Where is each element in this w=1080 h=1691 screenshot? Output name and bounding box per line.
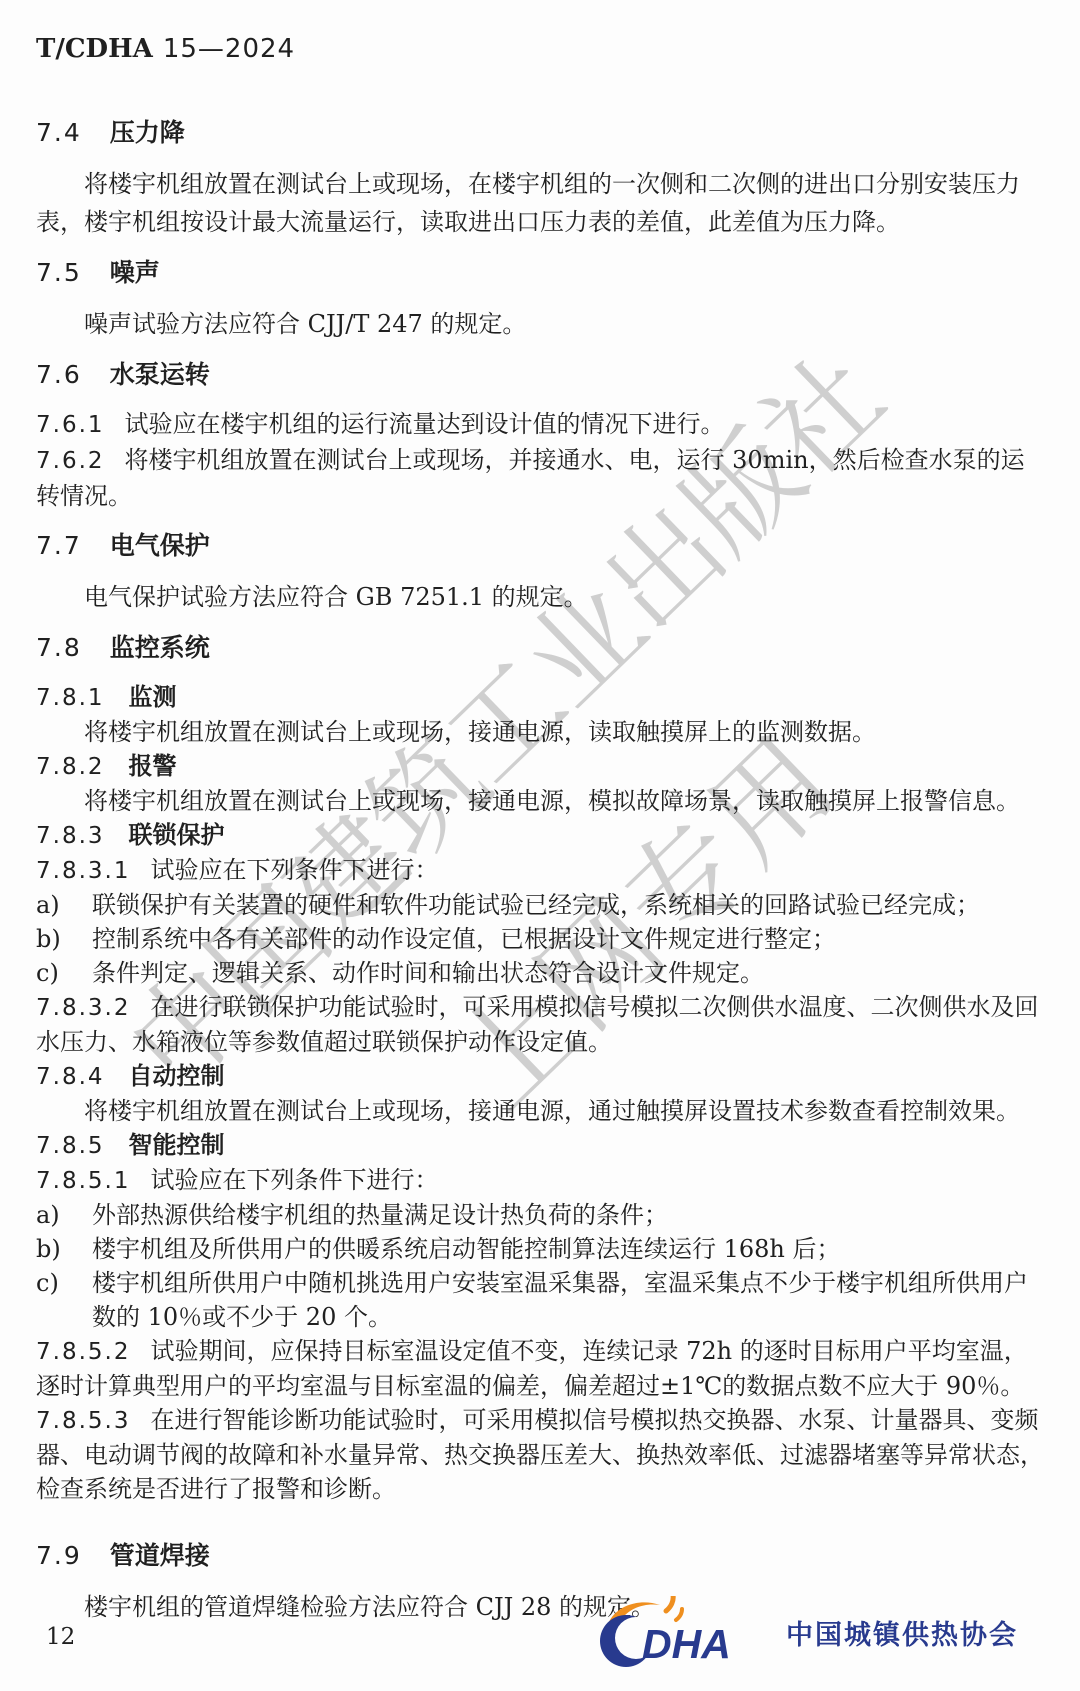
subsection-heading-7-8-1: 7.8.1监测 bbox=[36, 680, 1046, 715]
paragraph: 电气保护试验方法应符合 GB 7251.1 的规定。 bbox=[36, 578, 1046, 616]
standard-code: T/CDHA bbox=[36, 34, 153, 64]
list-item-b: b)控制系统中各有关部件的动作设定值，已根据设计文件规定进行整定； bbox=[36, 922, 1046, 956]
clause-7-6-1: 7.6.1试验应在楼宇机组的运行流量达到设计值的情况下进行。 bbox=[36, 407, 1046, 443]
logo-org-name: 中国城镇供热协会 bbox=[786, 1613, 1018, 1652]
subsection-heading-7-8-5: 7.8.5智能控制 bbox=[36, 1128, 1046, 1163]
section-heading-7-5: 7.5噪声 bbox=[36, 257, 1046, 289]
subsection-heading-7-8-2: 7.8.2报警 bbox=[36, 749, 1046, 784]
page-number: 12 bbox=[46, 1624, 75, 1650]
document-body: 7.4压力降 将楼宇机组放置在测试台上或现场，在楼宇机组的一次侧和二次侧的进出口… bbox=[36, 101, 1046, 1640]
standard-code-header: T/CDHA15—2024 bbox=[36, 34, 295, 64]
section-heading-7-7: 7.7电气保护 bbox=[36, 530, 1046, 562]
subsection-heading-7-8-4: 7.8.4自动控制 bbox=[36, 1059, 1046, 1094]
document-page: 中国建筑工业出版社 上网专用 T/CDHA15—2024 7.4压力降 将楼宇机… bbox=[0, 0, 1080, 1691]
list-item-a: a)外部热源供给楼宇机组的热量满足设计热负荷的条件； bbox=[36, 1198, 1046, 1232]
clause-7-8-3-2: 7.8.3.2在进行联锁保护功能试验时，可采用模拟信号模拟二次侧供水温度、二次侧… bbox=[36, 990, 1046, 1059]
paragraph: 将楼宇机组放置在测试台上或现场，在楼宇机组的一次侧和二次侧的进出口分别安装压力表… bbox=[36, 165, 1046, 241]
cdha-logo: DHA 中国城镇供热协会 bbox=[596, 1596, 1018, 1668]
paragraph: 将楼宇机组放置在测试台上或现场，接通电源，通过触摸屏设置技术参数查看控制效果。 bbox=[36, 1094, 1046, 1128]
section-heading-7-8: 7.8监控系统 bbox=[36, 632, 1046, 664]
section-heading-7-6: 7.6水泵运转 bbox=[36, 359, 1046, 391]
cdha-logo-mark: DHA bbox=[596, 1596, 774, 1668]
list-item-a: a)联锁保护有关装置的硬件和软件功能试验已经完成，系统相关的回路试验已经完成； bbox=[36, 888, 1046, 922]
paragraph: 噪声试验方法应符合 CJJ/T 247 的规定。 bbox=[36, 305, 1046, 343]
clause-7-8-5-1: 7.8.5.1试验应在下列条件下进行： bbox=[36, 1163, 1046, 1198]
section-7-8-group: 7.8监控系统 7.8.1监测 将楼宇机组放置在测试台上或现场，接通电源，读取触… bbox=[36, 632, 1046, 1506]
section-heading-7-4: 7.4压力降 bbox=[36, 117, 1046, 149]
subsection-heading-7-8-3: 7.8.3联锁保护 bbox=[36, 818, 1046, 853]
clause-7-8-5-3: 7.8.5.3在进行智能诊断功能试验时，可采用模拟信号模拟热交换器、水泵、计量器… bbox=[36, 1403, 1046, 1506]
clause-7-8-3-1: 7.8.3.1试验应在下列条件下进行： bbox=[36, 853, 1046, 888]
clause-7-6-2: 7.6.2将楼宇机组放置在测试台上或现场，并接通水、电，运行 30min，然后检… bbox=[36, 443, 1046, 514]
section-heading-7-9: 7.9管道焊接 bbox=[36, 1540, 1046, 1572]
paragraph: 将楼宇机组放置在测试台上或现场，接通电源，读取触摸屏上的监测数据。 bbox=[36, 715, 1046, 749]
list-item-c: c)条件判定、逻辑关系、动作时间和输出状态符合设计文件规定。 bbox=[36, 956, 1046, 990]
standard-number: 15—2024 bbox=[163, 34, 295, 64]
list-item-b: b)楼宇机组及所供用户的供暖系统启动智能控制算法连续运行 168h 后； bbox=[36, 1232, 1046, 1266]
list-item-c: c)楼宇机组所供用户中随机挑选用户安装室温采集器，室温采集点不少于楼宇机组所供用… bbox=[36, 1266, 1046, 1334]
clause-7-8-5-2: 7.8.5.2试验期间，应保持目标室温设定值不变，连续记录 72h 的逐时目标用… bbox=[36, 1334, 1046, 1403]
logo-acronym: DHA bbox=[642, 1621, 731, 1667]
paragraph: 将楼宇机组放置在测试台上或现场，接通电源，模拟故障场景，读取触摸屏上报警信息。 bbox=[36, 784, 1046, 818]
